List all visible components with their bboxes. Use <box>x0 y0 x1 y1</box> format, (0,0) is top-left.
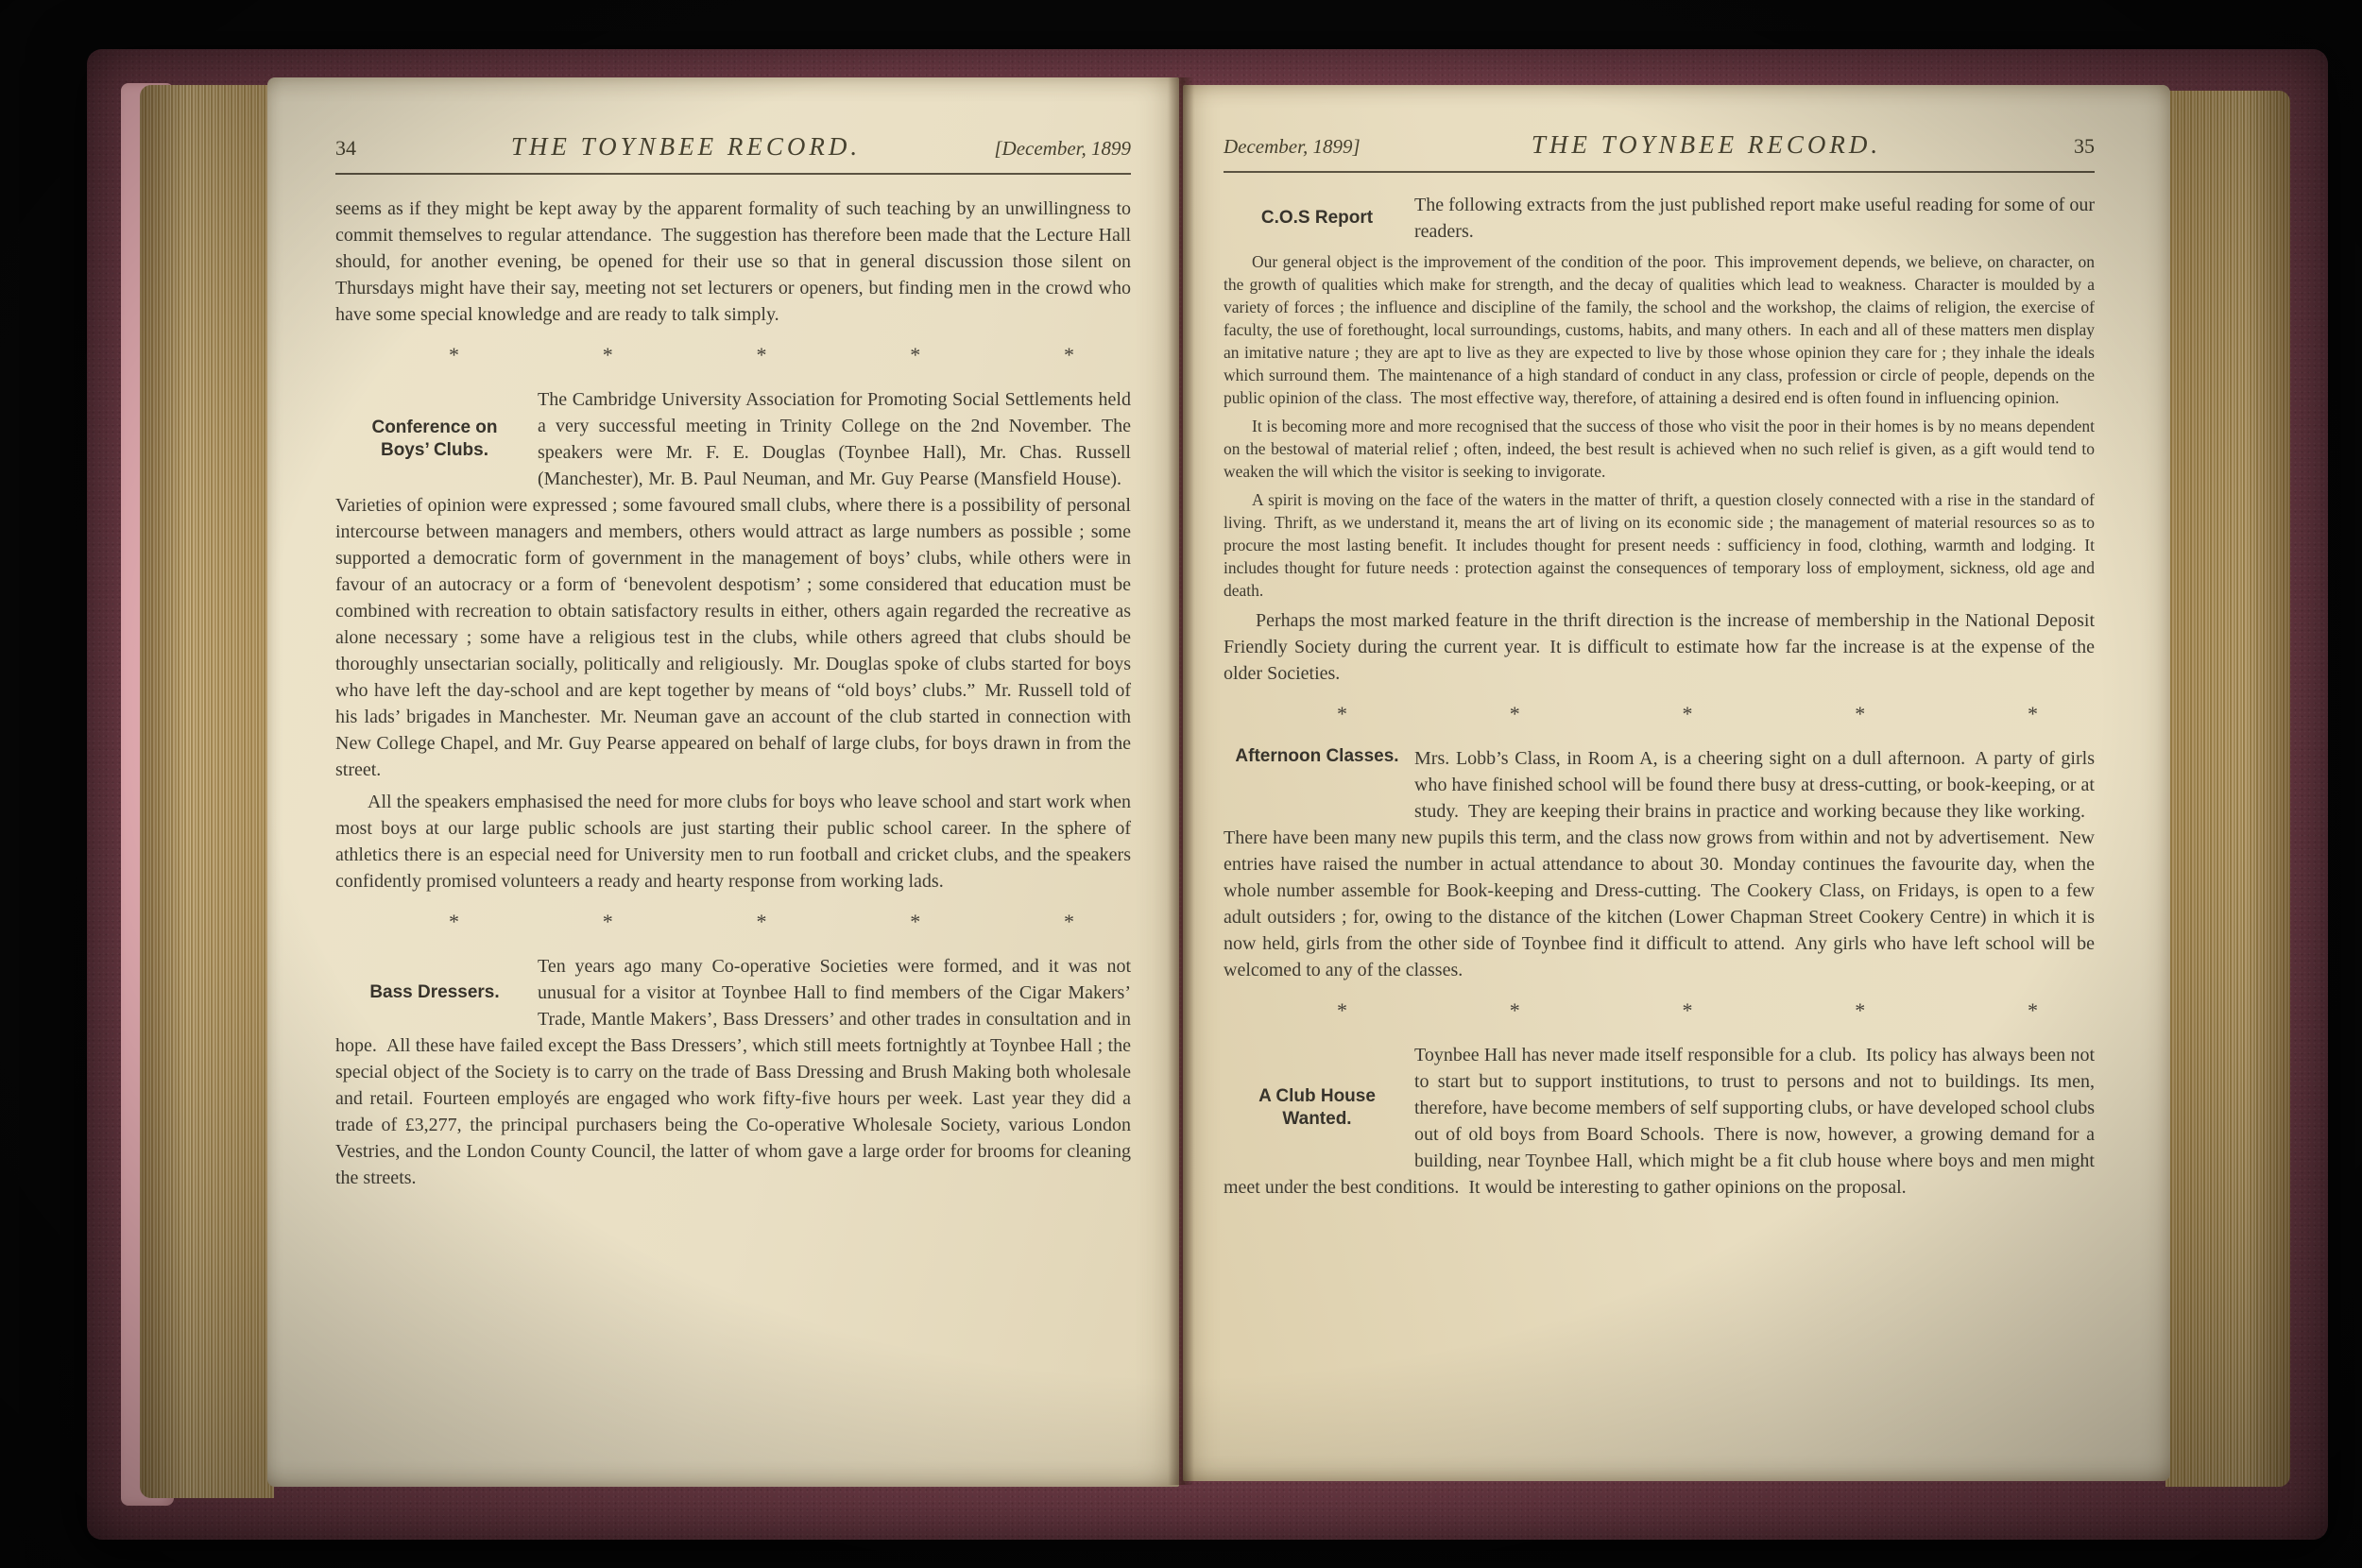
right-page-body: C.O.S Report The following extracts from… <box>1224 192 2095 1201</box>
asterisk-separator: * * * * * <box>335 910 1131 934</box>
section-boys-clubs: Conference on Boys’ Clubs. The Cambridge… <box>335 386 1131 783</box>
asterisk: * <box>910 343 920 367</box>
right-page-number: 35 <box>2010 134 2095 159</box>
page-edges-right <box>2165 91 2290 1487</box>
asterisk: * <box>2028 998 2038 1023</box>
right-page: December, 1899] THE TOYNBEE RECORD. 35 C… <box>1183 85 2170 1481</box>
section-intro-cos-report: The following extracts from the just pub… <box>1414 195 2095 242</box>
asterisk: * <box>603 910 613 934</box>
section-bass-dressers: Bass Dressers. Ten years ago many Co-ope… <box>335 953 1131 1191</box>
asterisk: * <box>2028 702 2038 726</box>
running-title-left: THE TOYNBEE RECORD. <box>420 132 951 162</box>
asterisk: * <box>1510 998 1520 1023</box>
cos-extract-3: A spirit is moving on the face of the wa… <box>1224 488 2095 602</box>
asterisk: * <box>1064 910 1074 934</box>
asterisk: * <box>449 910 459 934</box>
paragraph-thrift-comment: Perhaps the most marked feature in the t… <box>1224 607 2095 687</box>
left-page-number: 34 <box>335 136 420 161</box>
left-page-body: seems as if they might be kept away by t… <box>335 196 1131 1191</box>
asterisk: * <box>1337 998 1347 1023</box>
left-header-date: [December, 1899 <box>951 137 1131 161</box>
asterisk: * <box>757 343 767 367</box>
asterisk: * <box>603 343 613 367</box>
asterisk-separator: * * * * * <box>1224 998 2095 1023</box>
section-label-afternoon-classes: Afternoon Classes. <box>1224 745 1411 825</box>
section-label-boys-clubs: Conference on Boys’ Clubs. <box>335 386 534 492</box>
asterisk: * <box>757 910 767 934</box>
left-page: 34 THE TOYNBEE RECORD. [December, 1899 s… <box>267 77 1179 1487</box>
paragraph-speakers-summary: All the speakers emphasised the need for… <box>335 789 1131 895</box>
section-cos-report: C.O.S Report The following extracts from… <box>1224 192 2095 245</box>
paragraph-lecture-hall: seems as if they might be kept away by t… <box>335 196 1131 328</box>
asterisk: * <box>1337 702 1347 726</box>
left-page-header: 34 THE TOYNBEE RECORD. [December, 1899 <box>335 132 1131 175</box>
asterisk: * <box>910 910 920 934</box>
cos-extract-2: It is becoming more and more recognised … <box>1224 415 2095 483</box>
section-club-house: A Club House Wanted. Toynbee Hall has ne… <box>1224 1042 2095 1201</box>
running-title-right: THE TOYNBEE RECORD. <box>1403 130 2010 160</box>
asterisk: * <box>1855 998 1865 1023</box>
asterisk: * <box>1064 343 1074 367</box>
asterisk: * <box>449 343 459 367</box>
section-label-club-house: A Club House Wanted. <box>1224 1042 1411 1174</box>
right-page-header: December, 1899] THE TOYNBEE RECORD. 35 <box>1224 130 2095 173</box>
right-header-date: December, 1899] <box>1224 135 1403 159</box>
asterisk-separator: * * * * * <box>335 343 1131 367</box>
asterisk: * <box>1510 702 1520 726</box>
asterisk: * <box>1855 702 1865 726</box>
section-label-bass-dressers: Bass Dressers. <box>335 953 534 1032</box>
asterisk: * <box>1683 702 1693 726</box>
section-afternoon-classes: Afternoon Classes. Mrs. Lobb’s Class, in… <box>1224 745 2095 983</box>
page-edges-left <box>140 85 274 1498</box>
section-label-cos-report: C.O.S Report <box>1224 192 1411 245</box>
asterisk-separator: * * * * * <box>1224 702 2095 726</box>
cos-extract-1: Our general object is the improvement of… <box>1224 250 2095 409</box>
asterisk: * <box>1683 998 1693 1023</box>
